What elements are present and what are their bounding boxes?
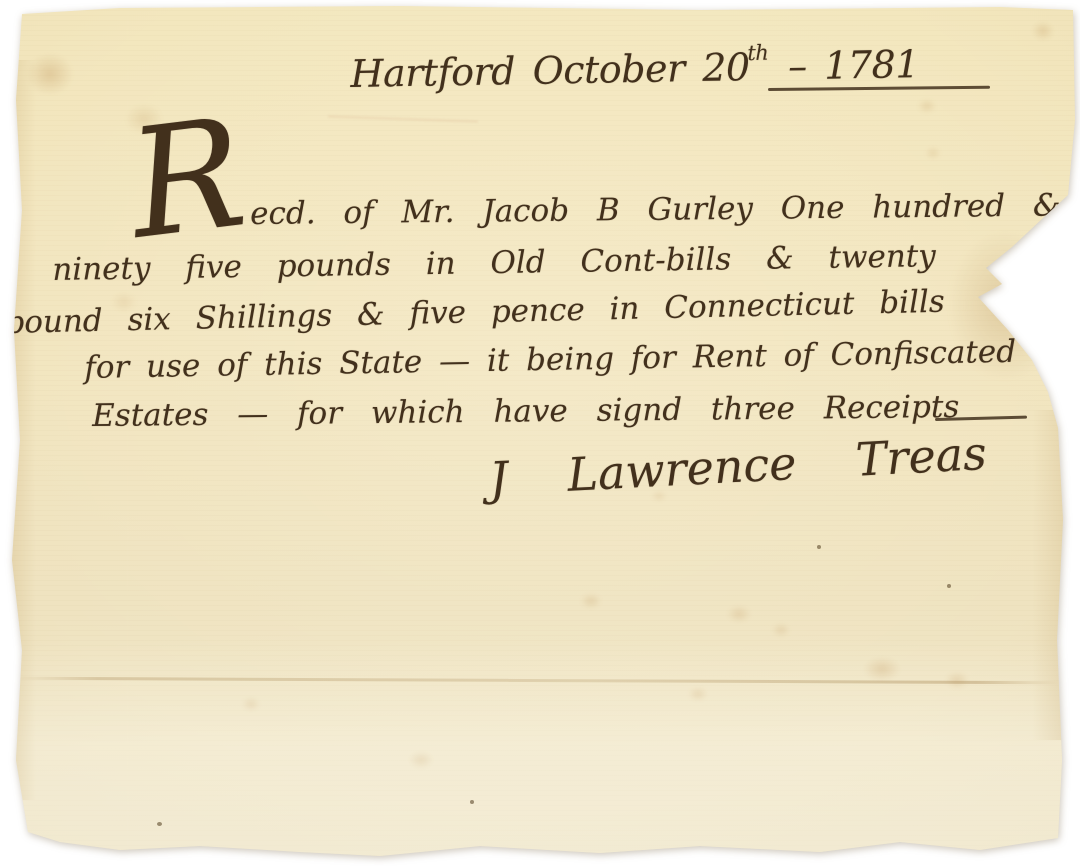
ink-speck: [817, 545, 821, 549]
stain-spot: [684, 684, 712, 704]
stain-spot: [722, 602, 756, 626]
stain-spot: [922, 144, 944, 162]
heading-year: – 1781: [788, 42, 920, 88]
receipt-scan: Hartford October 20th – 1781 R ecd. of M…: [0, 0, 1080, 866]
date-ordinal: th: [747, 41, 768, 65]
ink-speck: [470, 800, 474, 804]
heading-place-date: Hartford October 20: [350, 45, 750, 96]
tear-shading: [930, 205, 1080, 405]
drop-cap-R: R: [122, 98, 252, 261]
stain-spot: [768, 620, 794, 640]
paper-shadow: Hartford October 20th – 1781 R ecd. of M…: [0, 0, 1080, 866]
edge-shading: [1032, 410, 1066, 740]
edge-shading: [10, 60, 36, 800]
ink-speck: [947, 584, 951, 588]
stain-spot: [238, 694, 264, 714]
stain-spot: [914, 96, 940, 116]
stain-spot: [404, 748, 438, 772]
stain-spot: [576, 590, 606, 612]
paper: Hartford October 20th – 1781 R ecd. of M…: [0, 0, 1080, 866]
ink-speck: [157, 822, 162, 826]
stain-spot: [1028, 18, 1058, 44]
